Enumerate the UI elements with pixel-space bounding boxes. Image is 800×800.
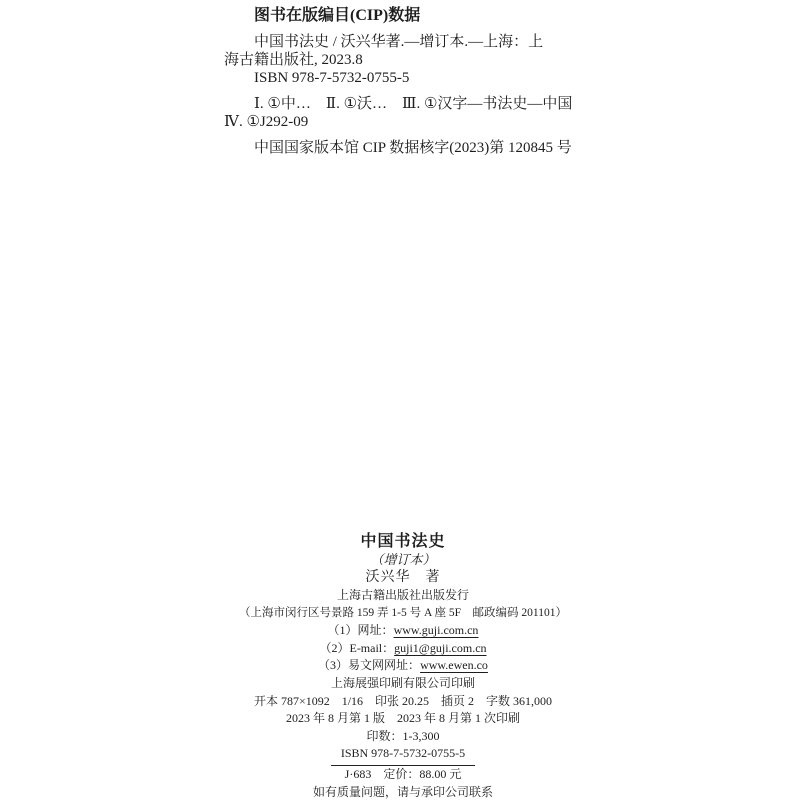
- book-copyright-page: 图书在版编目(CIP)数据 中国书法史 / 沃兴华著.—增订本.—上海：上 海古…: [0, 0, 800, 800]
- guji-email-address: guji1@guji.com.cn: [394, 641, 486, 655]
- book-subtitle: （增订本）: [3, 552, 800, 568]
- isbn-number: ISBN 978-7-5732-0755-5: [331, 745, 475, 766]
- book-title: 中国书法史: [3, 531, 800, 552]
- cip-class-line1: Ⅰ. ①中… Ⅱ. ①沃… Ⅲ. ①汉字—书法史—中国: [224, 95, 572, 113]
- format-line: 开本 787×1092 1/16 印张 20.25 插页 2 字数 361,00…: [3, 693, 800, 711]
- cip-class-line2: Ⅳ. ①J292-09: [224, 113, 572, 131]
- cip-verification-number: 中国国家版本馆 CIP 数据核字(2023)第 120845 号: [224, 139, 572, 157]
- ewen-website-url: www.ewen.co: [420, 658, 488, 672]
- cip-classification-group: Ⅰ. ①中… Ⅱ. ①沃… Ⅲ. ①汉字—书法史—中国 Ⅳ. ①J292-09: [224, 95, 572, 131]
- cip-record-line2: 海古籍出版社, 2023.8: [224, 51, 572, 69]
- contact-email-line: （2）E-mail：guji1@guji.com.cn: [3, 640, 800, 658]
- cip-isbn: ISBN 978-7-5732-0755-5: [224, 69, 572, 87]
- cip-header: 图书在版编目(CIP)数据: [224, 6, 572, 26]
- contact-website-label: （1）网址：: [328, 623, 394, 637]
- cip-block: 图书在版编目(CIP)数据 中国书法史 / 沃兴华著.—增订本.—上海：上 海古…: [224, 6, 572, 157]
- cip-record-line1: 中国书法史 / 沃兴华著.—增订本.—上海：上: [224, 33, 572, 51]
- guji-website-url: www.guji.com.cn: [394, 623, 479, 637]
- price-line: J·683 定价：88.00 元: [3, 766, 800, 784]
- print-run-line: 印数：1-3,300: [3, 728, 800, 746]
- isbn-line: ISBN 978-7-5732-0755-5: [3, 745, 800, 766]
- printer-line: 上海展强印刷有限公司印刷: [3, 675, 800, 693]
- contact-ewen-line: （3）易文网网址：www.ewen.co: [3, 657, 800, 675]
- contact-ewen-label: （3）易文网网址：: [318, 658, 420, 672]
- book-author: 沃兴华 著: [3, 568, 800, 587]
- quality-note-line: 如有质量问题，请与承印公司联系: [3, 784, 800, 800]
- cip-record-group: 中国书法史 / 沃兴华著.—增订本.—上海：上 海古籍出版社, 2023.8 I…: [224, 33, 572, 87]
- edition-line: 2023 年 8 月第 1 版 2023 年 8 月第 1 次印刷: [3, 710, 800, 728]
- contact-website-line: （1）网址：www.guji.com.cn: [3, 622, 800, 640]
- publisher-line: 上海古籍出版社出版发行: [3, 587, 800, 605]
- colophon-block: 中国书法史 （增订本） 沃兴华 著 上海古籍出版社出版发行 （上海市闵行区号景路…: [3, 531, 800, 800]
- contact-email-label: （2）E-mail：: [319, 641, 394, 655]
- publisher-address: （上海市闵行区号景路 159 弄 1-5 号 A 座 5F 邮政编码 20110…: [3, 605, 800, 623]
